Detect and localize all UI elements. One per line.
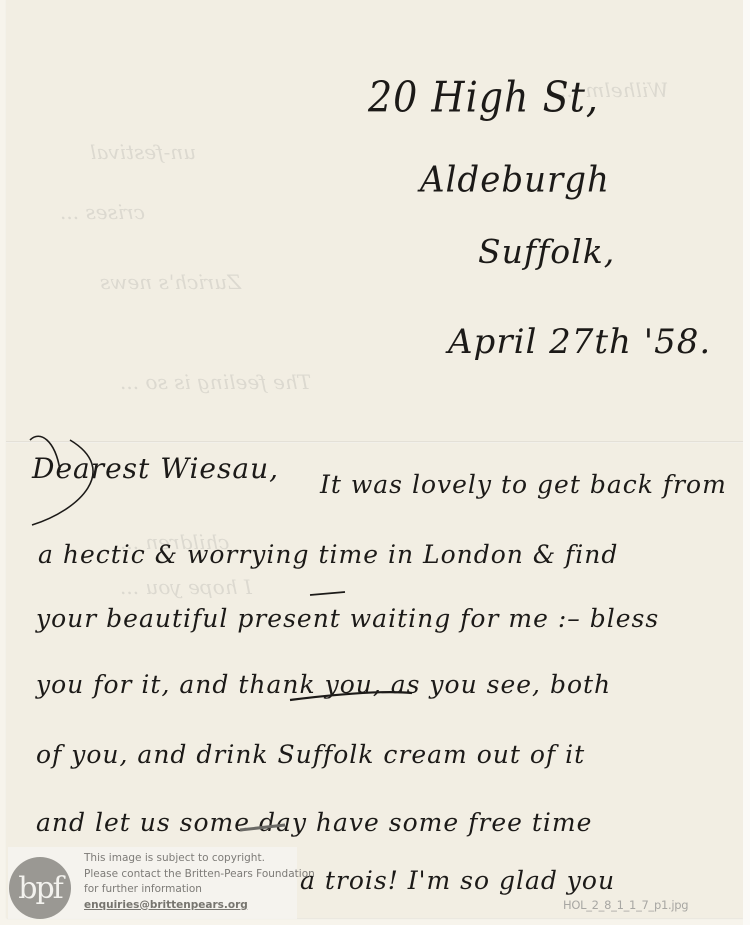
address-county: Suffolk, [478,232,615,271]
file-id-label: HOL_2_8_1_1_7_p1.jpg [563,898,688,912]
contact-email-link[interactable]: enquiries@brittenpears.org [84,898,315,914]
copyright-notice: This image is subject to copyright. Plea… [84,851,315,913]
show-through-text: Zurich's news [100,270,241,294]
copyright-line-3: for further information [84,882,315,898]
body-line-1: It was lovely to get back from [320,470,727,499]
copyright-line-2: Please contact the Britten-Pears Foundat… [84,867,315,883]
copyright-line-1: This image is subject to copyright. [84,851,315,867]
bpf-logo: bpf [9,857,71,919]
scan-margin [743,0,750,925]
show-through-text: I hope you ... [120,575,252,599]
address-street: 20 High St, [368,73,599,121]
show-through-text: un-festival [90,140,196,164]
body-line-2: a hectic & worrying time in London & fin… [38,540,618,569]
body-line-6: and let us some day have some free time [36,808,592,837]
body-line-7: a trois! I'm so glad you [300,866,615,895]
body-line-3: your beautiful present waiting for me :–… [36,604,659,633]
salutation: Dearest Wiesau, [32,452,279,485]
letter-date: April 27th '58. [448,322,711,362]
show-through-text: crises ... [60,200,145,224]
show-through-text: The feeling is so ... [120,370,311,394]
body-line-4: you for it, and thank you, as you see, b… [36,670,611,699]
body-line-5: of you, and drink Suffolk cream out of i… [36,740,585,769]
address-town: Aldeburgh [420,159,610,201]
